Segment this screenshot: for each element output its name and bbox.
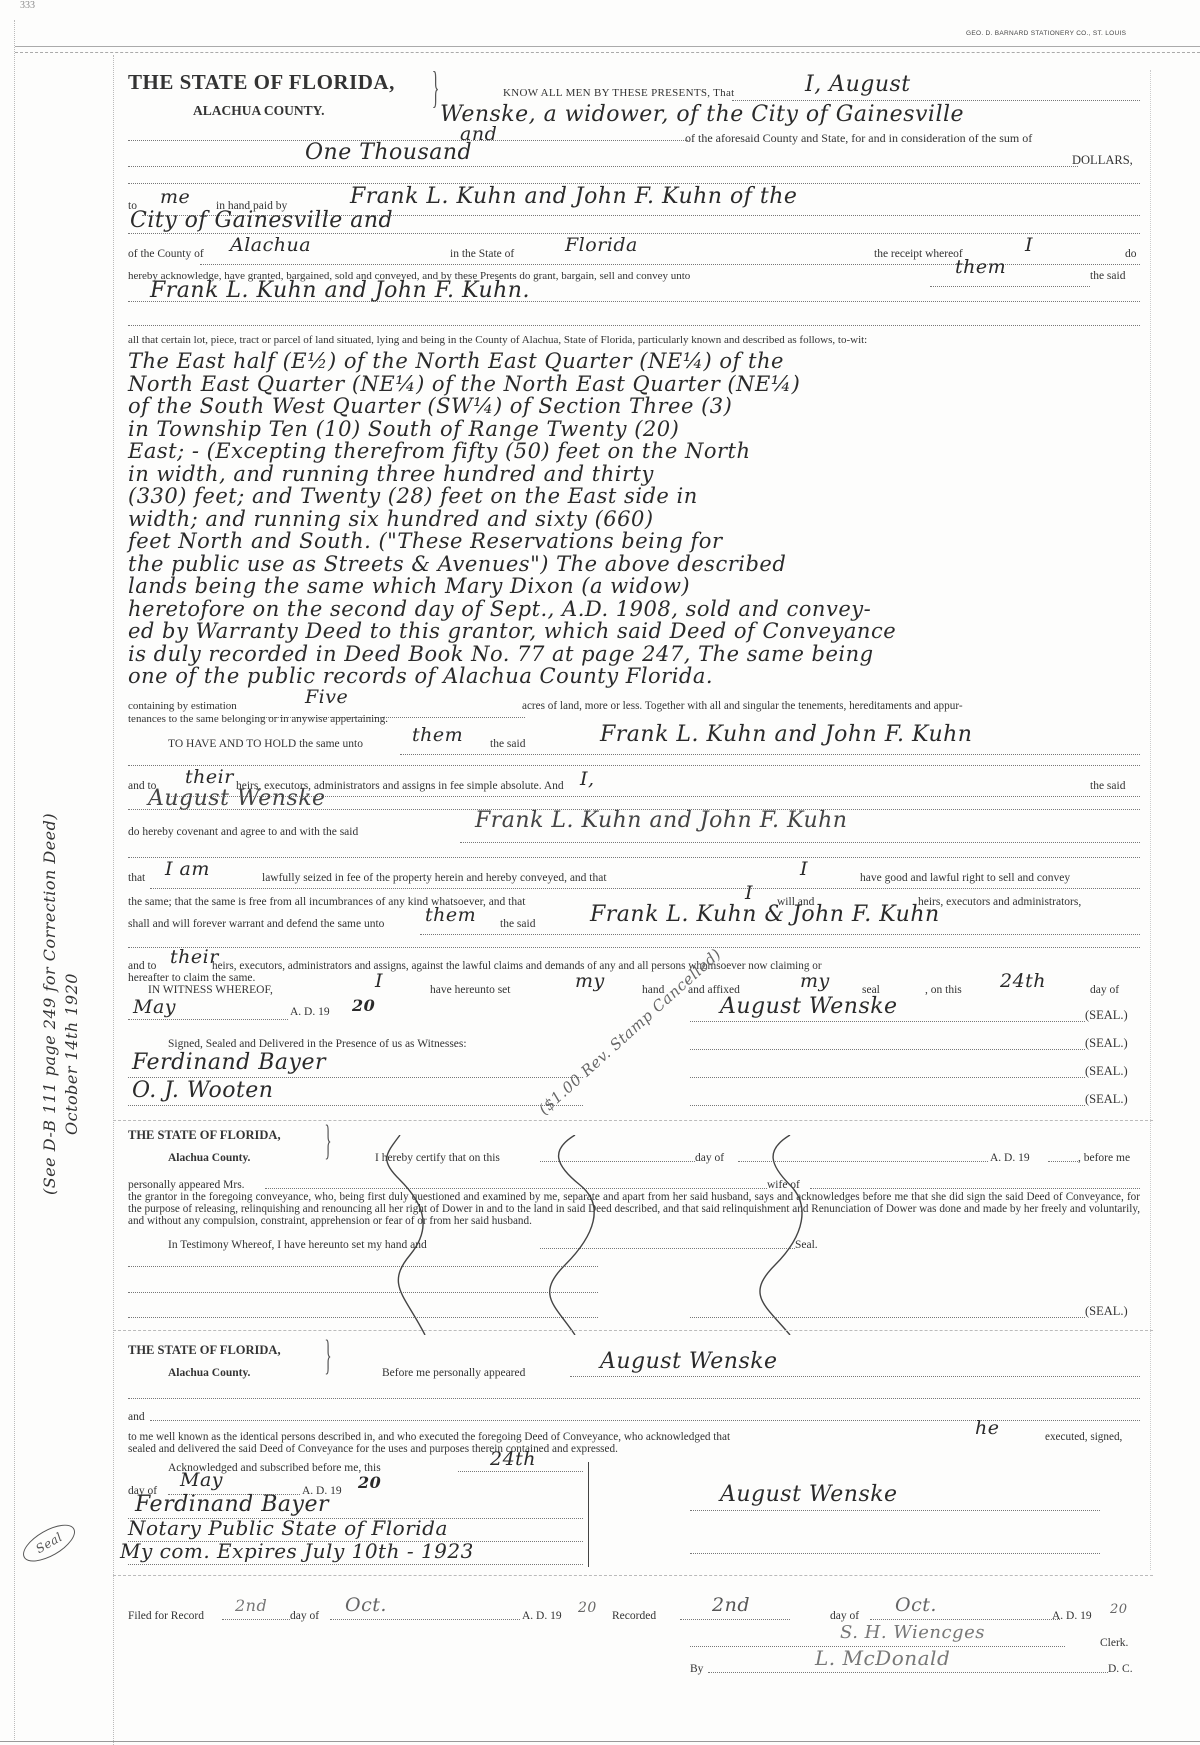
habendum-names-hand: Frank L. Kuhn and John F. Kuhn [600, 722, 972, 747]
signature-line-3 [690, 1076, 1085, 1078]
dower-bracket: } [325, 1120, 332, 1162]
witness-year-hand: 20 [352, 996, 375, 1015]
bottom-rule [0, 1741, 1200, 1742]
inner-margin-line [113, 55, 114, 1745]
ack-brace [588, 1462, 589, 1567]
signature-line-1 [690, 1020, 1085, 1022]
bracket: } [432, 66, 439, 110]
warrant-names-hand: Frank L. Kuhn & John F. Kuhn [590, 902, 940, 927]
ack-year-hand: 20 [358, 1473, 381, 1492]
ack-state: THE STATE OF FLORIDA, [128, 1343, 281, 1358]
hereafter-text: hereafter to claim the same. [128, 972, 255, 984]
seal-label-4: (SEAL.) [1085, 1092, 1128, 1107]
affixed-hand: my [800, 970, 830, 992]
filed-month-line [330, 1618, 520, 1620]
on-this-text: , on this [925, 984, 962, 996]
witness-day-hand: 24th [1000, 970, 1046, 992]
stationer-imprint: GEO. D. BARNARD STATIONERY CO., ST. LOUI… [966, 30, 1126, 37]
receipt-hand: I [1025, 234, 1033, 256]
deputy-hand: L. McDonald [815, 1646, 950, 1670]
that-text: that [128, 872, 145, 884]
covenant-text: do hereby covenant and agree to and with… [128, 826, 358, 838]
deputy-line [708, 1671, 1108, 1673]
ack-appeared-line [570, 1375, 1140, 1377]
rec-year-hand: 20 [1110, 1602, 1128, 1617]
right-margin-line [1150, 70, 1151, 1570]
legal-line: in width, and running three hundred and … [128, 463, 1148, 486]
dower-year-line [1048, 1160, 1078, 1162]
filed-day-hand: 2nd [235, 1596, 267, 1615]
ack-signature-line [690, 1509, 1100, 1511]
warrant-blank-line [128, 946, 1140, 948]
do-text: do [1125, 248, 1137, 260]
ack-known-hand: he [975, 1417, 999, 1439]
covenant-line [460, 832, 1140, 843]
heirs-exec-text: heirs, executors and administrators, [918, 896, 1081, 908]
dower-state: THE STATE OF FLORIDA, [128, 1128, 281, 1143]
signature-line-2 [690, 1048, 1085, 1050]
habendum-unto-hand: them [412, 724, 463, 746]
receipt-text: the receipt whereof [874, 248, 963, 260]
month-line [128, 1018, 288, 1020]
and-hand: I, [580, 768, 595, 790]
legal-line: feet North and South. ("These Reservatio… [128, 530, 1148, 553]
the-said-text: the said [1090, 270, 1125, 282]
set-hand: my [575, 970, 605, 992]
tenances-text: tenances to the same belonging or in any… [128, 713, 388, 725]
legal-line: is duly recorded in Deed Book No. 77 at … [128, 643, 1148, 666]
dc-label: D. C. [1108, 1663, 1133, 1675]
dower-county: Alachua County. [168, 1152, 250, 1164]
top-rule-2 [15, 52, 1200, 53]
left-margin-line [14, 20, 15, 1740]
claims-text: heirs, executors, administrators and ass… [212, 960, 822, 972]
rec-ad: A. D. 19 [1052, 1610, 1092, 1622]
sum-hand: One Thousand [305, 140, 472, 165]
acres-text: acres of land, more or less. Together wi… [522, 700, 963, 712]
witness-month-hand: May [133, 996, 176, 1018]
dollars-text: DOLLARS, [1072, 153, 1133, 168]
legal-line: (330) feet; and Twenty (28) feet on the … [128, 485, 1148, 508]
to-have-text: TO HAVE AND TO HOLD the same unto [168, 738, 363, 750]
covenant-hand: Frank L. Kuhn and John F. Kuhn [475, 808, 847, 833]
filed-year-hand: 20 [578, 1600, 597, 1616]
seized-text: lawfully seized in fee of the property h… [262, 872, 607, 884]
legal-line: one of the public records of Alachua Cou… [128, 665, 1148, 688]
grantor-hand-1: I, August [805, 72, 911, 97]
paid-by-hand-2: City of Gainesville and [130, 208, 393, 233]
dower-seal-label: (SEAL.) [1085, 1304, 1128, 1319]
that-hand: I am [165, 858, 210, 880]
section-rule-1 [113, 1120, 1153, 1121]
ack-executed: executed, signed, [1045, 1431, 1122, 1443]
day-of-text: day of [1090, 984, 1119, 996]
county-of-text: of the County of [128, 248, 204, 260]
margin-note-line-1: (See D-B 111 page 249 for Correction Dee… [40, 813, 59, 1195]
habendum-grantor-hand: August Wenske [148, 786, 326, 811]
deed-page: 333 GEO. D. BARNARD STATIONERY CO., ST. … [0, 0, 1200, 1745]
filed-day-of: day of [290, 1610, 319, 1622]
notary-hand-1: Ferdinand Bayer [135, 1492, 329, 1517]
margin-note-line-2: October 14th 1920 [62, 973, 81, 1135]
dower-ad: A. D. 19 [990, 1152, 1030, 1164]
county-hand: Alachua [230, 234, 311, 256]
filed-ad: A. D. 19 [522, 1610, 562, 1622]
seal-label-2: (SEAL.) [1085, 1036, 1128, 1051]
dower-appeared: personally appeared Mrs. [128, 1179, 245, 1191]
unto-line [930, 276, 1090, 287]
ack-county: Alachua County. [168, 1367, 250, 1379]
rec-day-hand: 2nd [712, 1594, 750, 1616]
recorded-text: Recorded [612, 1610, 656, 1622]
notary-hand-2: Notary Public State of Florida [128, 1516, 448, 1540]
clerk-hand: S. H. Wiencges [840, 1622, 985, 1643]
legal-line: width; and running six hundred and sixty… [128, 508, 1148, 531]
description-intro: all that certain lot, piece, tract or pa… [128, 334, 867, 346]
whereof-hand: I [375, 970, 383, 992]
grantor-signature: August Wenske [720, 994, 898, 1019]
warrant-the-said: the said [500, 918, 535, 930]
habendum-the-said: the said [490, 738, 525, 750]
ack-month-hand: May [180, 1469, 223, 1491]
clerk-label: Clerk. [1100, 1637, 1128, 1649]
to-hand: me [160, 186, 190, 208]
sum-line [128, 156, 1078, 167]
filed-for-record: Filed for Record [128, 1610, 204, 1622]
ack-and: and [128, 1411, 145, 1423]
by-label: By [690, 1663, 703, 1675]
witness-line-2 [128, 1104, 583, 1106]
rec-month-line [870, 1618, 1060, 1620]
legal-line: in Township Ten (10) South of Range Twen… [128, 418, 1148, 441]
notary-line-3 [128, 1563, 583, 1565]
know-all-line [732, 90, 1140, 101]
ack-day-line [458, 1470, 583, 1472]
ack-sealed: sealed and delivered the said Deed of Co… [128, 1443, 618, 1455]
section-rule-2 [113, 1330, 1153, 1331]
warrant-text: shall and will forever warrant and defen… [128, 918, 384, 930]
state-hand: Florida [565, 234, 638, 256]
witness-2-hand: O. J. Wooten [132, 1078, 273, 1103]
ack-before-me: Before me personally appeared [382, 1367, 525, 1379]
aforesaid-text: of the aforesaid County and State, for a… [685, 131, 1032, 146]
know-all-text: KNOW ALL MEN BY THESE PRESENTS, That [503, 87, 735, 99]
legal-line: of the South West Quarter (SW¼) of Secti… [128, 395, 1148, 418]
dower-wife-line [810, 1187, 1140, 1189]
rec-day-of: day of [830, 1610, 859, 1622]
legal-line: heretofore on the second day of Sept., A… [128, 598, 1148, 621]
legal-line: The East half (E½) of the North East Qua… [128, 350, 1148, 373]
top-rule [15, 46, 1200, 47]
rec-month-hand: Oct. [895, 1594, 937, 1616]
habendum-blank-line [128, 764, 1140, 766]
seal-label-1: (SEAL.) [1085, 1008, 1128, 1023]
legal-line: lands being the same which Mary Dixon (a… [128, 575, 1148, 598]
warrant-hand: them [425, 904, 476, 926]
ack-day-hand: 24th [490, 1448, 536, 1470]
covenant-blank-line [128, 856, 1140, 858]
witness-ad-text: A. D. 19 [290, 1006, 330, 1018]
right-text: have good and lawful right to sell and c… [860, 872, 1070, 884]
ack-appeared-hand: August Wenske [600, 1349, 778, 1374]
grantees-hand: Frank L. Kuhn and John F. Kuhn. [150, 278, 530, 303]
rec-day-line [680, 1618, 790, 1620]
grantor-hand-2: Wenske, a widower, of the City of Gaines… [440, 102, 964, 127]
same-hand: I [745, 882, 753, 904]
paid-by-hand-1: Frank L. Kuhn and John F. Kuhn of the [350, 184, 797, 209]
hereunto-text: have hereunto set [430, 984, 510, 996]
ack-blank-line [128, 1397, 1140, 1399]
county-heading: ALACHUA COUNTY. [193, 103, 325, 119]
witness-whereof-text: IN WITNESS WHEREOF, [148, 984, 273, 996]
signed-sealed-text: Signed, Sealed and Delivered in the Pres… [168, 1038, 467, 1050]
corner-mark: 333 [20, 0, 35, 11]
dower-before-me: , before me [1078, 1152, 1130, 1164]
ack-signature-line-2 [690, 1552, 1100, 1554]
legal-line: the public use as Streets & Avenues") Th… [128, 553, 1148, 576]
ack-signature-hand: August Wenske [720, 1482, 898, 1507]
ack-bracket: } [325, 1335, 332, 1377]
legal-line: ed by Warranty Deed to this grantor, whi… [128, 620, 1148, 643]
containing-text: containing by estimation [128, 700, 237, 712]
notary-hand-3: My com. Expires July 10th - 1923 [120, 1539, 474, 1563]
section-rule-3 [113, 1575, 1153, 1576]
seized-hand: I [800, 858, 808, 880]
legal-line: East; - (Excepting therefrom fifty (50) … [128, 440, 1148, 463]
covenant-and-to: and to [128, 960, 156, 972]
notary-seal-stamp: Seal [17, 1517, 81, 1569]
filed-day-line [222, 1618, 290, 1620]
acres-hand: Five [305, 686, 348, 708]
legal-description: The East half (E½) of the North East Qua… [128, 350, 1148, 688]
filed-month-hand: Oct. [345, 1594, 387, 1616]
state-heading: THE STATE OF FLORIDA, [128, 70, 395, 95]
witness-1-hand: Ferdinand Bayer [132, 1050, 326, 1075]
their-hand: their [185, 766, 234, 788]
seal-label-3: (SEAL.) [1085, 1064, 1128, 1079]
ack-known-text: to me well known as the identical person… [128, 1431, 730, 1443]
unto-hand: them [955, 256, 1006, 278]
state-of-text: in the State of [450, 248, 514, 260]
blank-line-2 [128, 324, 1140, 326]
legal-line: North East Quarter (NE¼) of the North Ea… [128, 373, 1148, 396]
signature-line-4 [690, 1104, 1085, 1106]
cancel-squiggles-icon [380, 1135, 820, 1335]
habendum-the-said-end: the said [1090, 780, 1125, 792]
